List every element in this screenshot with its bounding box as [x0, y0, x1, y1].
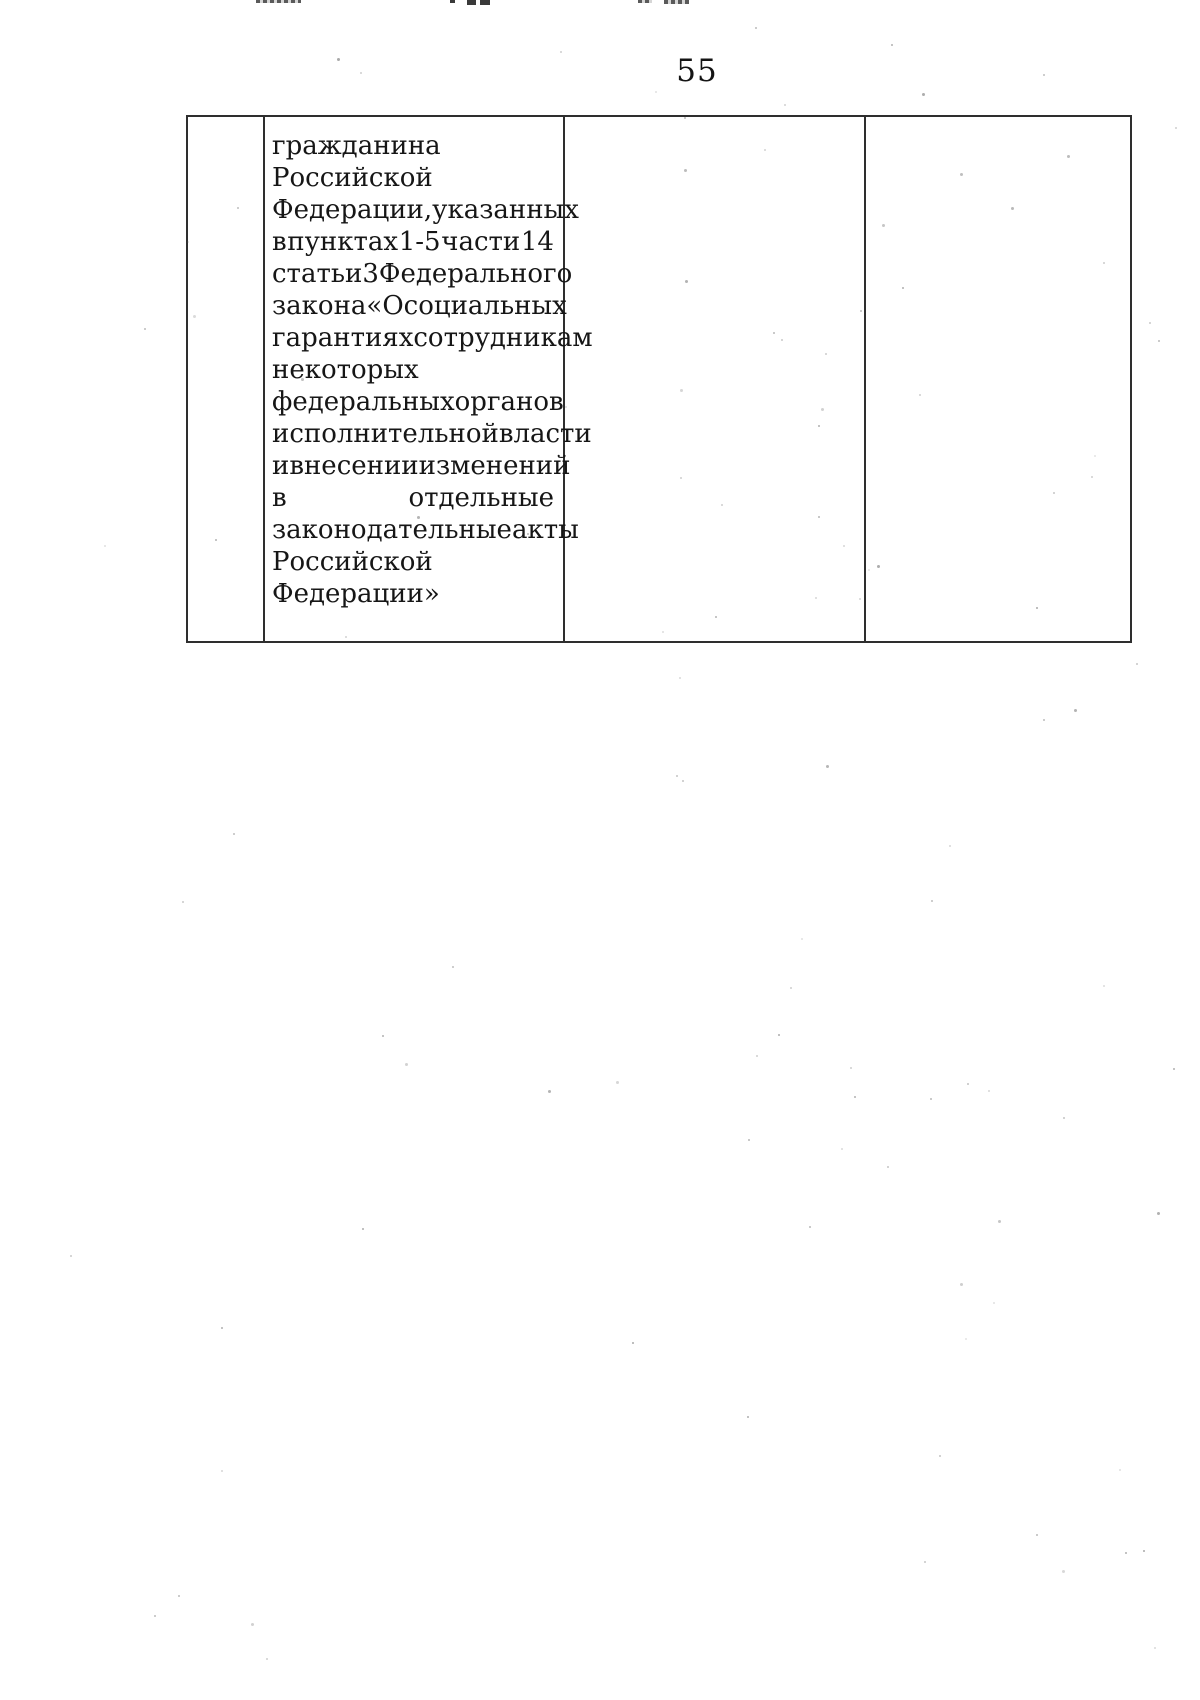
scan-speck — [345, 636, 347, 638]
scan-speck — [187, 241, 189, 243]
scan-speck — [748, 1139, 750, 1141]
scan-speck — [679, 677, 681, 679]
scan-speck — [790, 987, 792, 989]
text-line: исполнительнойвласти — [272, 418, 554, 450]
scan-speck — [1143, 1550, 1145, 1552]
scan-speck — [764, 149, 766, 151]
table-cell-4 — [866, 117, 1130, 641]
scan-speck — [998, 1220, 1001, 1223]
scan-speck — [821, 408, 824, 411]
scan-speck — [662, 631, 664, 633]
text-line: ивнесенииизменений — [272, 450, 554, 482]
word: пунктах — [287, 226, 398, 258]
word: федеральных — [272, 386, 455, 418]
scan-speck — [1136, 663, 1138, 665]
scan-speck — [1094, 455, 1096, 457]
scan-speck — [949, 845, 951, 847]
scan-speck — [784, 104, 786, 106]
scan-speck — [924, 1561, 926, 1563]
word: Российской — [272, 162, 433, 194]
scan-speck — [237, 207, 239, 209]
scan-speck — [548, 1090, 551, 1093]
scan-speck — [193, 315, 196, 318]
text-line: Федерации,указанных — [272, 194, 554, 226]
scan-speck — [1043, 719, 1045, 721]
word: Российской — [272, 546, 433, 578]
text-line: Федерации» — [272, 578, 554, 610]
scan-speck — [778, 1034, 780, 1036]
word: «О — [366, 290, 403, 322]
word: 3 — [362, 258, 379, 290]
text-line: Российской — [272, 162, 554, 194]
scan-artifact — [664, 0, 689, 4]
scan-speck — [144, 328, 146, 330]
scan-speck — [809, 1226, 811, 1228]
scan-speck — [818, 425, 820, 427]
text-line: гражданина — [272, 130, 554, 162]
word: изменений — [419, 450, 571, 482]
scan-speck — [930, 1098, 932, 1100]
scan-speck — [527, 533, 529, 535]
scan-speck — [221, 1327, 223, 1329]
scan-speck — [755, 27, 757, 29]
scan-speck — [902, 287, 904, 289]
scan-speck — [860, 310, 862, 312]
scan-speck — [756, 1055, 758, 1057]
scan-speck — [801, 938, 803, 940]
text-line: некоторых — [272, 354, 554, 386]
scan-speck — [891, 44, 893, 46]
scan-speck — [1074, 709, 1077, 712]
scan-artifact — [638, 0, 652, 3]
word: в — [272, 226, 287, 258]
scan-speck — [70, 1255, 72, 1257]
scan-speck — [233, 833, 235, 835]
text-line: закона«Осоциальных — [272, 290, 554, 322]
word: отдельные — [408, 482, 554, 514]
word: Федерации» — [272, 578, 440, 610]
scan-speck — [221, 1470, 223, 1472]
word: гарантиях — [272, 322, 413, 354]
scan-speck — [251, 1623, 254, 1626]
word: внесении — [289, 450, 418, 482]
scan-speck — [859, 598, 861, 600]
scan-speck — [682, 780, 684, 782]
scan-artifact — [467, 0, 476, 5]
scan-speck — [818, 516, 820, 518]
scan-speck — [1067, 155, 1070, 158]
scan-speck — [104, 545, 106, 547]
scan-speck — [773, 332, 775, 334]
scan-speck — [868, 569, 870, 571]
scan-speck — [1158, 340, 1160, 342]
scan-speck — [405, 1063, 408, 1066]
scan-speck — [1043, 74, 1045, 76]
scan-speck — [1175, 127, 1177, 129]
scan-speck — [1125, 1552, 1127, 1554]
scan-speck — [826, 765, 829, 768]
scan-speck — [154, 1615, 156, 1617]
scan-speck — [565, 406, 567, 408]
word: Федерации, — [272, 194, 432, 226]
scan-speck — [1119, 1469, 1121, 1471]
scan-speck — [988, 1090, 990, 1092]
scan-speck — [360, 72, 362, 74]
scan-speck — [417, 516, 420, 519]
scan-speck — [655, 91, 657, 93]
table: гражданинаРоссийскойФедерации,указанныхв… — [186, 115, 1132, 643]
word: социальных — [404, 290, 567, 322]
scan-speck — [965, 1338, 967, 1340]
scan-speck — [887, 1166, 889, 1168]
scan-speck — [854, 1096, 856, 1098]
text-line: впунктах1-5части14 — [272, 226, 554, 258]
scan-speck — [1036, 1534, 1038, 1536]
scanned-document-page: { "page": { "number": "55" }, "table": {… — [0, 0, 1200, 1700]
scan-speck — [680, 389, 683, 392]
word: законодательные — [272, 514, 512, 546]
text-line: вотдельные — [272, 482, 554, 514]
scan-speck — [680, 477, 682, 479]
scan-speck — [960, 1283, 963, 1286]
text-line: гарантияхсотрудникам — [272, 322, 554, 354]
word: 14 — [521, 226, 554, 258]
scan-speck — [1149, 322, 1151, 324]
scan-speck — [877, 565, 880, 568]
scan-artifact — [256, 0, 301, 3]
text-line: федеральныхорганов — [272, 386, 554, 418]
table-cell-2: гражданинаРоссийскойФедерации,указанныхв… — [265, 117, 565, 641]
scan-speck — [841, 1148, 843, 1150]
scan-speck — [1103, 262, 1105, 264]
word: исполнительной — [272, 418, 499, 450]
word: некоторых — [272, 354, 419, 386]
text-line: статьи3Федерального — [272, 258, 554, 290]
scan-speck — [301, 378, 304, 381]
scan-speck — [967, 1083, 969, 1085]
scan-speck — [993, 1302, 995, 1304]
scan-speck — [1036, 607, 1038, 609]
scan-speck — [781, 339, 783, 341]
page-number: 55 — [664, 55, 730, 88]
scan-speck — [1157, 1212, 1160, 1215]
word: Федерального — [379, 258, 572, 290]
word: в — [272, 482, 287, 514]
word: части — [441, 226, 520, 258]
word: 1-5 — [399, 226, 441, 258]
scan-speck — [1011, 207, 1014, 210]
word: гражданина — [272, 130, 441, 162]
scan-speck — [452, 966, 454, 968]
scan-speck — [919, 394, 921, 396]
scan-speck — [362, 1228, 364, 1230]
scan-speck — [815, 597, 817, 599]
scan-speck — [1154, 1647, 1156, 1649]
scan-speck — [215, 539, 217, 541]
scan-speck — [266, 1658, 268, 1660]
scan-speck — [676, 775, 678, 777]
scan-artifact — [480, 0, 490, 5]
word: статьи — [272, 258, 362, 290]
scan-speck — [747, 1416, 749, 1418]
scan-speck — [922, 93, 925, 96]
scan-speck — [616, 1081, 619, 1084]
text-line: законодательныеакты — [272, 514, 554, 546]
scan-speck — [825, 353, 827, 355]
scan-speck — [721, 504, 723, 506]
scan-speck — [685, 280, 688, 283]
scan-speck — [382, 1035, 384, 1037]
scan-artifact — [450, 0, 455, 3]
word: органов — [455, 386, 564, 418]
word: закона — [272, 290, 366, 322]
scan-speck — [1103, 985, 1105, 987]
scan-speck — [684, 169, 687, 172]
scan-speck — [337, 58, 340, 61]
scan-speck — [843, 545, 845, 547]
scan-speck — [1062, 1570, 1065, 1573]
scan-speck — [715, 616, 717, 618]
scan-speck — [882, 224, 885, 227]
scan-speck — [684, 117, 686, 119]
scan-speck — [178, 1595, 180, 1597]
scan-speck — [1053, 492, 1055, 494]
scan-speck — [960, 173, 963, 176]
scan-speck — [632, 1342, 634, 1344]
scan-speck — [1173, 1068, 1175, 1070]
scan-speck — [560, 51, 562, 53]
scan-speck — [931, 900, 933, 902]
scan-speck — [939, 1455, 941, 1457]
scan-speck — [1091, 476, 1093, 478]
scan-speck — [182, 901, 184, 903]
table-cell-3 — [565, 117, 866, 641]
scan-speck — [850, 1067, 852, 1069]
word: и — [272, 450, 289, 482]
word: указанных — [432, 194, 579, 226]
text-line: Российской — [272, 546, 554, 578]
scan-speck — [1063, 1117, 1065, 1119]
table-cell-1 — [188, 117, 265, 641]
